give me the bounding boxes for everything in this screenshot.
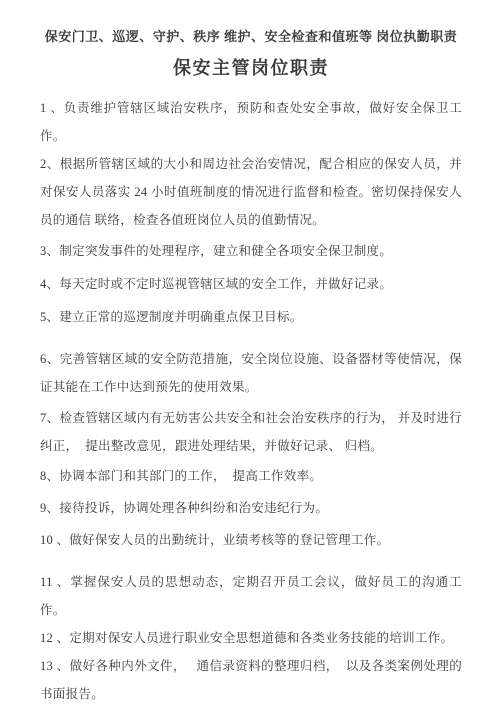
duty-item-1: 1 、负责维护管辖区域治安秩序，预防和查处安全事故，做好安全保卫工作。 bbox=[40, 94, 462, 150]
duty-item-12: 12 、定期对保安人员进行职业安全思想道德和各类业务技能的培训工作。 bbox=[40, 624, 462, 652]
duty-item-6: 6、完善管辖区域的安全防范措施，安全岗位设施、设备器材等使情况，保证其能在工作中… bbox=[40, 345, 462, 401]
document-body: 1 、负责维护管辖区域治安秩序，预防和查处安全事故，做好安全保卫工作。2、根据所… bbox=[40, 94, 462, 708]
document-title: 保安主管岗位职责 bbox=[40, 56, 462, 80]
document-page: 保安门卫、巡逻、守护、秩序 维护、安全检查和值班等 岗位执勤职责 保安主管岗位职… bbox=[0, 0, 500, 708]
duty-item-10: 10 、做好保安人员的出勤统计，业绩考核等的登记管理工作。 bbox=[40, 526, 462, 554]
duty-item-9: 9、接待投诉，协调处理各种纠纷和治安违纪行为。 bbox=[40, 494, 462, 522]
duty-item-4: 4、每天定时或不定时巡视管辖区域的安全工作，并做好记录。 bbox=[40, 270, 462, 298]
document-subtitle: 保安门卫、巡逻、守护、秩序 维护、安全检查和值班等 岗位执勤职责 bbox=[40, 28, 462, 46]
duty-item-7: 7、检查管辖区域内有无妨害公共安全和社会治安秩序的行为， 并及时进行纠正， 提出… bbox=[40, 404, 462, 460]
duty-item-2: 2、根据所管辖区域的大小和周边社会治安情况，配合相应的保安人员，并对保安人员落实… bbox=[40, 150, 462, 234]
duty-item-11: 11 、掌握保安人员的思想动态，定期召开员工会议，做好员工的沟通工作。 bbox=[40, 568, 462, 624]
duty-item-8: 8、协调本部门和其部门的工作， 提高工作效率。 bbox=[40, 462, 462, 490]
duty-item-13: 13 、做好各种内外文件， 通信录资料的整理归档， 以及各类案例处理的书面报告。 bbox=[40, 652, 462, 708]
duty-item-5: 5、建立正常的巡逻制度并明确重点保卫目标。 bbox=[40, 303, 462, 331]
duty-item-3: 3、制定突发事件的处理程序，建立和健全各项安全保卫制度。 bbox=[40, 237, 462, 265]
